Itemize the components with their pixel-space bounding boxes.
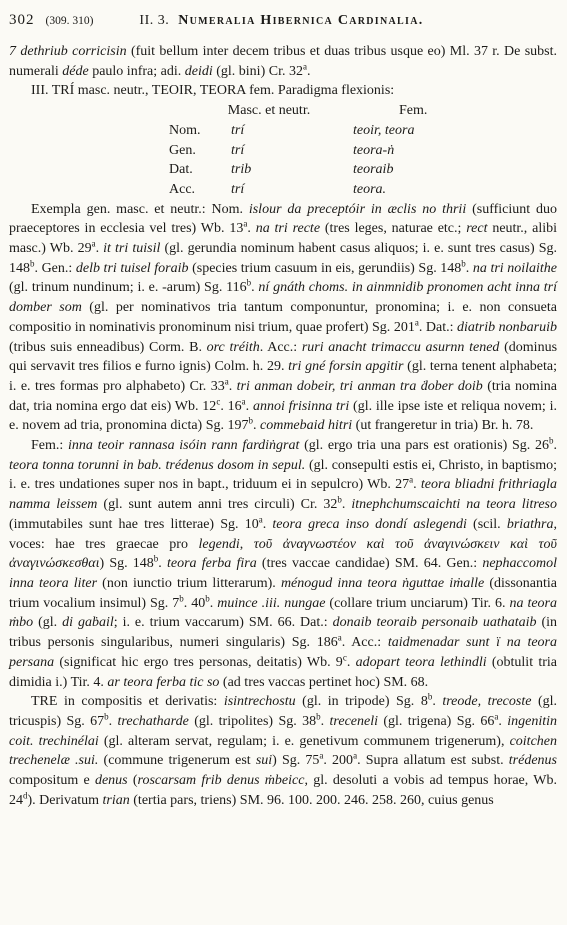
- column-header-fem: Fem.: [399, 101, 427, 121]
- fem-form: teoir, teora: [353, 121, 414, 141]
- chapter-number: II. 3.: [139, 13, 169, 29]
- masc-form: trí: [231, 180, 353, 200]
- italic-text-run: commebaid hitri: [260, 418, 356, 433]
- italic-text-run: sui: [256, 753, 272, 768]
- paragraph-exempla-masc: Exempla gen. masc. et neutr.: Nom. islou…: [9, 200, 557, 436]
- fem-form: teoraib: [353, 160, 393, 180]
- case-label: Acc.: [169, 180, 231, 200]
- page-number: 302: [9, 12, 35, 29]
- italic-text-run: na tri noilaithe: [473, 261, 557, 276]
- italic-text-run: it tri tuisil: [103, 241, 164, 256]
- fem-form: teora-ṅ: [353, 141, 394, 161]
- text-run: .: [413, 477, 421, 492]
- text-run: (scil.: [473, 517, 507, 532]
- text-run: .: [109, 714, 118, 729]
- text-run: (non iunctio trium litterarum).: [102, 576, 281, 591]
- page-header: 302 (309. 310) II. 3. Numeralia Hibernic…: [9, 12, 557, 29]
- italic-text-run: deidi: [185, 64, 217, 79]
- running-title: Numeralia Hibernica Cardinalia.: [178, 13, 423, 29]
- italic-text-run: ménogud inna teora ṅguttae iṁalle: [281, 576, 489, 591]
- text-run: . Supra allatum est subst.: [357, 753, 509, 768]
- italic-text-run: diatrib nonbaruib: [457, 320, 557, 335]
- italic-text-run: tri gné forsin apgitir: [288, 359, 407, 374]
- italic-text-run: tri anman dobeir, tri anman tra ḋober do…: [237, 379, 488, 394]
- text-run: (gl. tripolites) Sg. 38: [194, 714, 316, 729]
- text-run: (gl. in tripode) Sg. 8: [302, 694, 428, 709]
- italic-text-run: legendi: [199, 537, 240, 552]
- paradigm-row-accusative: Acc. trí teora.: [169, 180, 557, 200]
- text-block-top: 7 dethriub corricisin (fuit bellum inter…: [9, 42, 557, 101]
- text-run: .: [247, 221, 255, 236]
- paradigm-table: Masc. et neutr. Fem. Nom. trí teoir, teo…: [169, 101, 557, 200]
- italic-text-run: déde: [62, 64, 92, 79]
- text-run: Fem.:: [31, 438, 68, 453]
- book-page: 302 (309. 310) II. 3. Numeralia Hibernic…: [0, 0, 567, 925]
- italic-text-run: annoi frisinna tri: [253, 399, 353, 414]
- text-run: . Gen.:: [35, 261, 76, 276]
- text-run: Exempla gen. masc. et neutr.: Nom.: [31, 202, 249, 217]
- paradigm-row-genitive: Gen. trí teora-ṅ: [169, 141, 557, 161]
- text-run: TRE in compositis et derivatis:: [31, 694, 224, 709]
- text-run: .: [498, 714, 507, 729]
- text-run: ). Derivatum: [28, 793, 103, 808]
- text-run: ,: [240, 537, 254, 552]
- italic-text-run: 7 dethriub corricisin: [9, 44, 131, 59]
- italic-text-run: trédenus: [509, 753, 557, 768]
- italic-text-run: treode, trecoste: [442, 694, 538, 709]
- italic-text-run: ar teora ferba tic so: [107, 675, 223, 690]
- paradigm-header-row: Masc. et neutr. Fem.: [169, 101, 557, 121]
- text-run: .: [342, 497, 352, 512]
- text-run: (significat hic ergo tres personas, deit…: [59, 655, 342, 670]
- italic-text-run: teora tonna torunni in bab. trédenus dos…: [9, 458, 309, 473]
- text-run: compositum e: [9, 773, 95, 788]
- italic-text-run: trian: [103, 793, 134, 808]
- column-header-masc-neutr: Masc. et neutr.: [169, 101, 369, 121]
- text-run: .: [321, 714, 330, 729]
- text-run: (tres leges, naturae etc.;: [325, 221, 466, 236]
- italic-text-run: orc tréith: [207, 340, 260, 355]
- text-run: (gl. trinum nundinum; i. e. -arum) Sg. 1…: [9, 280, 247, 295]
- case-label: Nom.: [169, 121, 231, 141]
- fem-form: teora.: [353, 180, 386, 200]
- text-run: (tres vaccae candidae) SM. 64. Gen.:: [262, 556, 482, 571]
- text-run: (ad tres vaccas pertinet hoc) SM. 68.: [223, 675, 428, 690]
- paradigm-row-nominative: Nom. trí teoir, teora: [169, 121, 557, 141]
- case-label: Gen.: [169, 141, 231, 161]
- text-run: (gl.: [38, 615, 62, 630]
- italic-text-run: trechatharde: [118, 714, 195, 729]
- text-run: . Acc.:: [260, 340, 302, 355]
- italic-text-run: itnephchumscaichti na teora litreso: [351, 497, 557, 512]
- text-run: (gl. trigena) Sg. 66: [383, 714, 494, 729]
- paragraph-exempla-fem: Fem.: inna teoir rannasa isóin rann fard…: [9, 436, 557, 692]
- text-run: (ut frangeretur in tria) Br. h. 78.: [356, 418, 534, 433]
- italic-text-run: na tri recte: [256, 221, 325, 236]
- italic-text-run: islour da preceptóir in æclis no thrii: [249, 202, 472, 217]
- masc-form: trí: [231, 121, 353, 141]
- italic-text-run: ruri anacht trimaccu asurnn tened: [302, 340, 504, 355]
- italic-text-run: inna teoir rannasa isóin rann fardiṅgrat: [68, 438, 304, 453]
- text-run: paulo infra; adi.: [92, 64, 185, 79]
- text-run: . 16: [220, 399, 241, 414]
- text-run: .: [466, 261, 473, 276]
- text-run: (species trium casuum in eis, gerundiis)…: [192, 261, 461, 276]
- italic-text-run: adopart teora lethindli: [356, 655, 492, 670]
- italic-text-run: teora ferba fira: [167, 556, 262, 571]
- italic-text-run: rect: [466, 221, 492, 236]
- column-reference: (309. 310): [46, 15, 94, 27]
- text-run: (tertia pars, triens) SM. 96. 100. 200. …: [133, 793, 493, 808]
- text-run: .: [432, 694, 442, 709]
- italic-text-run: delb tri tuisel foraib: [76, 261, 192, 276]
- text-run: (immutabiles sunt hae tres litterae) Sg.…: [9, 517, 259, 532]
- italic-text-run: isintrechostu: [224, 694, 302, 709]
- text-run: . Acc.:: [342, 635, 388, 650]
- italic-text-run: treceneli: [330, 714, 384, 729]
- italic-text-run: muince .iii. nungae: [217, 596, 329, 611]
- text-run: ) Sg. 75: [272, 753, 319, 768]
- text-run: .: [554, 438, 558, 453]
- italic-text-run: teora greca inso dondí aslegendi: [272, 517, 473, 532]
- text-run: (gl. sunt autem anni tres circuli) Cr. 3…: [103, 497, 337, 512]
- italic-text-run: roscarsam frib denus ṁbeicc: [138, 773, 305, 788]
- italic-text-run: denus: [95, 773, 133, 788]
- paragraph-tre-composita: TRE in compositis et derivatis: isintrec…: [9, 692, 557, 810]
- text-run: (gl. ergo tria una pars est orationis) S…: [304, 438, 549, 453]
- text-run: .: [307, 64, 311, 79]
- text-block-bottom: Exempla gen. masc. et neutr.: Nom. islou…: [9, 200, 557, 811]
- masc-form: trí: [231, 141, 353, 161]
- italic-text-run: donaib teoraib personaib uathataib: [333, 615, 542, 630]
- text-run: (gl. alteram servat, regulam; i. e. gene…: [104, 734, 510, 749]
- text-run: (tribus suis enneadibus) Corm. B.: [9, 340, 207, 355]
- italic-text-run: di gaḃail: [62, 615, 114, 630]
- text-run: (commune trigenerum est: [104, 753, 256, 768]
- text-run: .: [229, 379, 237, 394]
- text-run: .: [246, 399, 253, 414]
- text-run: . 40: [184, 596, 205, 611]
- text-run: .: [347, 655, 356, 670]
- text-run: . Dat.:: [419, 320, 457, 335]
- paradigm-row-dative: Dat. trib teoraib: [169, 160, 557, 180]
- text-run: .: [158, 556, 167, 571]
- text-run: III. TRÍ masc. neutr., TEOIR, TEORA fem.…: [31, 83, 394, 98]
- paragraph-tri-heading: III. TRÍ masc. neutr., TEOIR, TEORA fem.…: [9, 81, 557, 101]
- masc-form: trib: [231, 160, 353, 180]
- paragraph-dethriub: 7 dethriub corricisin (fuit bellum inter…: [9, 42, 557, 81]
- text-run: (gl. bini) Cr. 32: [216, 64, 303, 79]
- text-run: . 200: [323, 753, 353, 768]
- text-run: ; i. e. trium vaccarum) SM. 66. Dat.:: [114, 615, 333, 630]
- text-run: .: [263, 517, 273, 532]
- italic-text-run: briathra: [507, 517, 554, 532]
- text-run: .: [253, 418, 260, 433]
- text-run: (collare trium unciarum) Tir. 6.: [329, 596, 509, 611]
- case-label: Dat.: [169, 160, 231, 180]
- text-run: ) Sg. 148: [99, 556, 153, 571]
